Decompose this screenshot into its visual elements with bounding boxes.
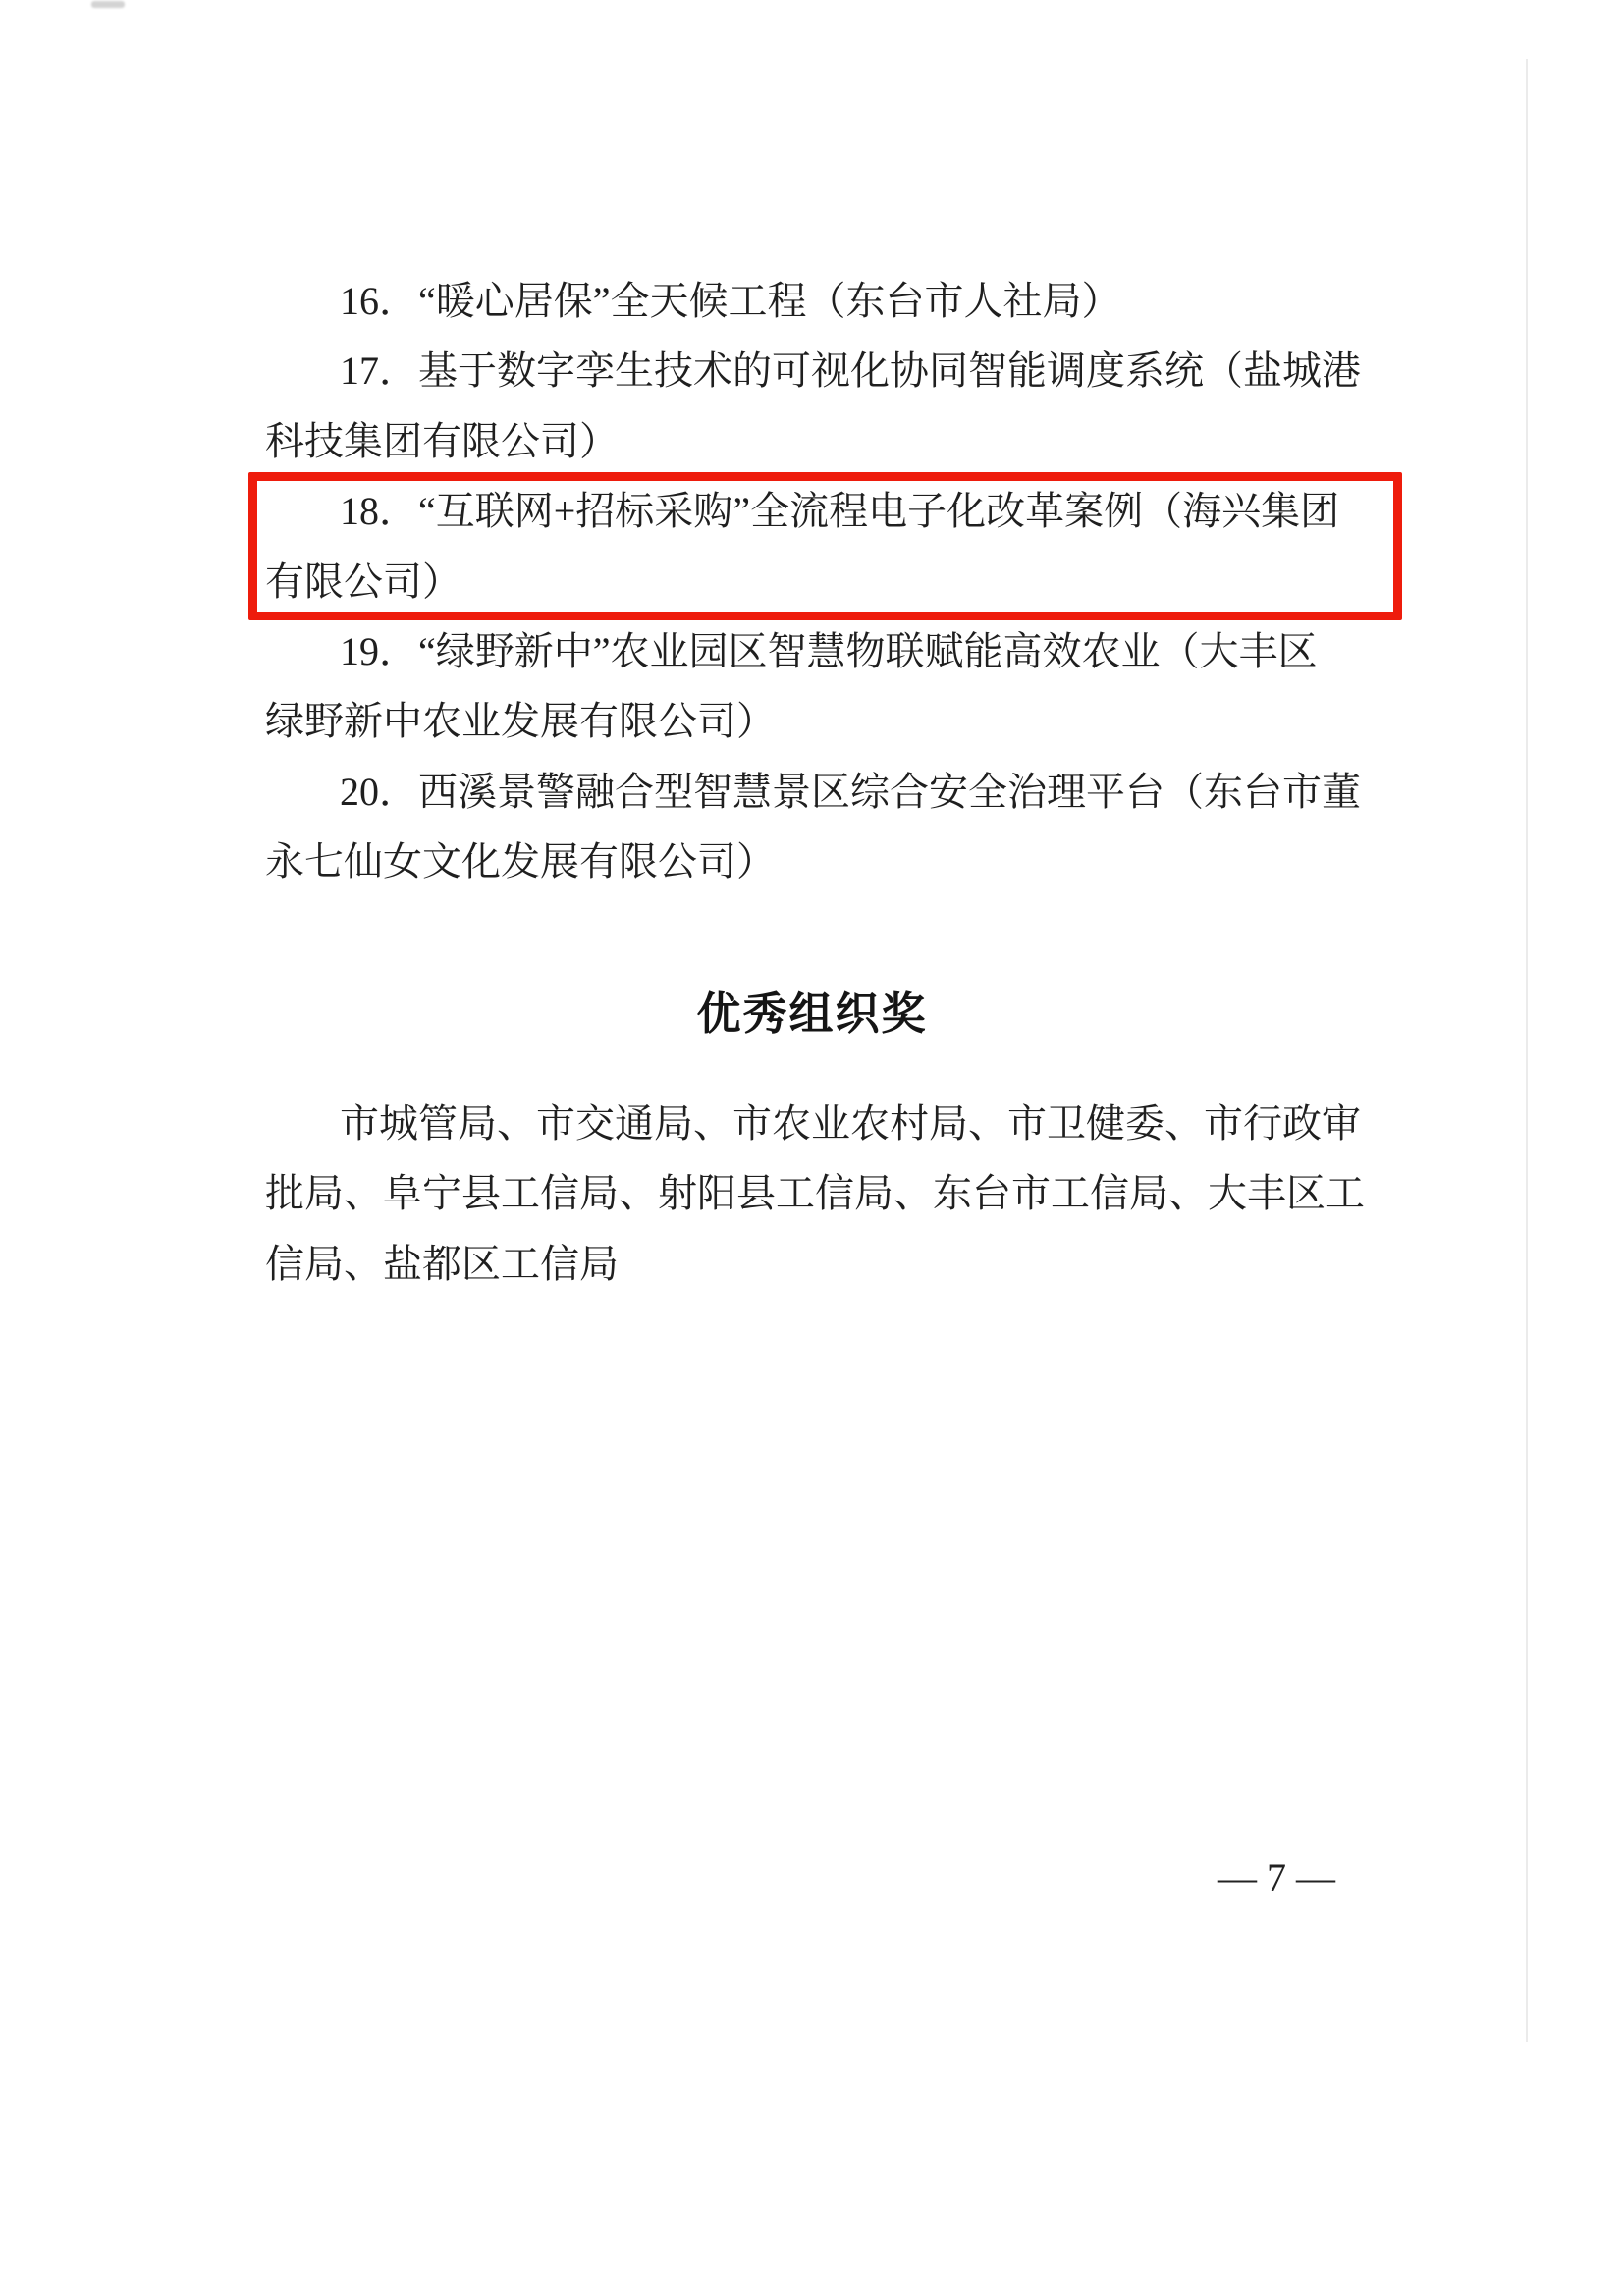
award-item-16-line-1: 16．“暖心居保”全天候工程（东台市人社局） (265, 266, 1359, 336)
award-item-17-line-2: 科技集团有限公司） (265, 406, 1359, 476)
document-page: 16．“暖心居保”全天候工程（东台市人社局） 17．基于数字孪生技术的可视化协同… (0, 0, 1624, 2296)
award-item-19: 19．“绿野新中”农业园区智慧物联赋能高效农业（大丰区 绿野新中农业发展有限公司… (265, 616, 1359, 757)
award-item-18-line-2: 有限公司） (265, 547, 1359, 616)
scan-fold-line (1526, 59, 1528, 2042)
award-item-20: 20．西溪景警融合型智慧景区综合安全治理平台（东台市董 永七仙女文化发展有限公司… (265, 757, 1359, 897)
award-item-17: 17．基于数字孪生技术的可视化协同智能调度系统（盐城港 科技集团有限公司） (265, 336, 1359, 476)
page-number: — 7 — (1159, 1853, 1394, 1902)
organizations-paragraph: 市城管局、市交通局、市农业农村局、市卫健委、市行政审 批局、阜宁县工信局、射阳县… (265, 1089, 1359, 1299)
award-list: 16．“暖心居保”全天候工程（东台市人社局） 17．基于数字孪生技术的可视化协同… (265, 266, 1359, 897)
award-item-19-line-1: 19．“绿野新中”农业园区智慧物联赋能高效农业（大丰区 (265, 616, 1359, 686)
award-item-20-line-2: 永七仙女文化发展有限公司） (265, 827, 1359, 896)
award-item-17-line-1: 17．基于数字孪生技术的可视化协同智能调度系统（盐城港 (265, 336, 1359, 405)
award-item-18-line-1: 18．“互联网+招标采购”全流程电子化改革案例（海兴集团 (265, 476, 1359, 546)
award-item-18-highlighted: 18．“互联网+招标采购”全流程电子化改革案例（海兴集团 有限公司） (265, 476, 1359, 616)
award-item-20-line-1: 20．西溪景警融合型智慧景区综合安全治理平台（东台市董 (265, 757, 1359, 827)
organizations-line-3: 信局、盐都区工信局 (265, 1229, 1359, 1299)
organizations-line-1: 市城管局、市交通局、市农业农村局、市卫健委、市行政审 (265, 1089, 1359, 1158)
award-item-19-line-2: 绿野新中农业发展有限公司） (265, 686, 1359, 756)
scan-smudge-artifact (91, 1, 125, 8)
award-item-16: 16．“暖心居保”全天候工程（东台市人社局） (265, 266, 1359, 336)
organizations-line-2: 批局、阜宁县工信局、射阳县工信局、东台市工信局、大丰区工 (265, 1158, 1359, 1228)
section-heading: 优秀组织奖 (265, 982, 1359, 1046)
